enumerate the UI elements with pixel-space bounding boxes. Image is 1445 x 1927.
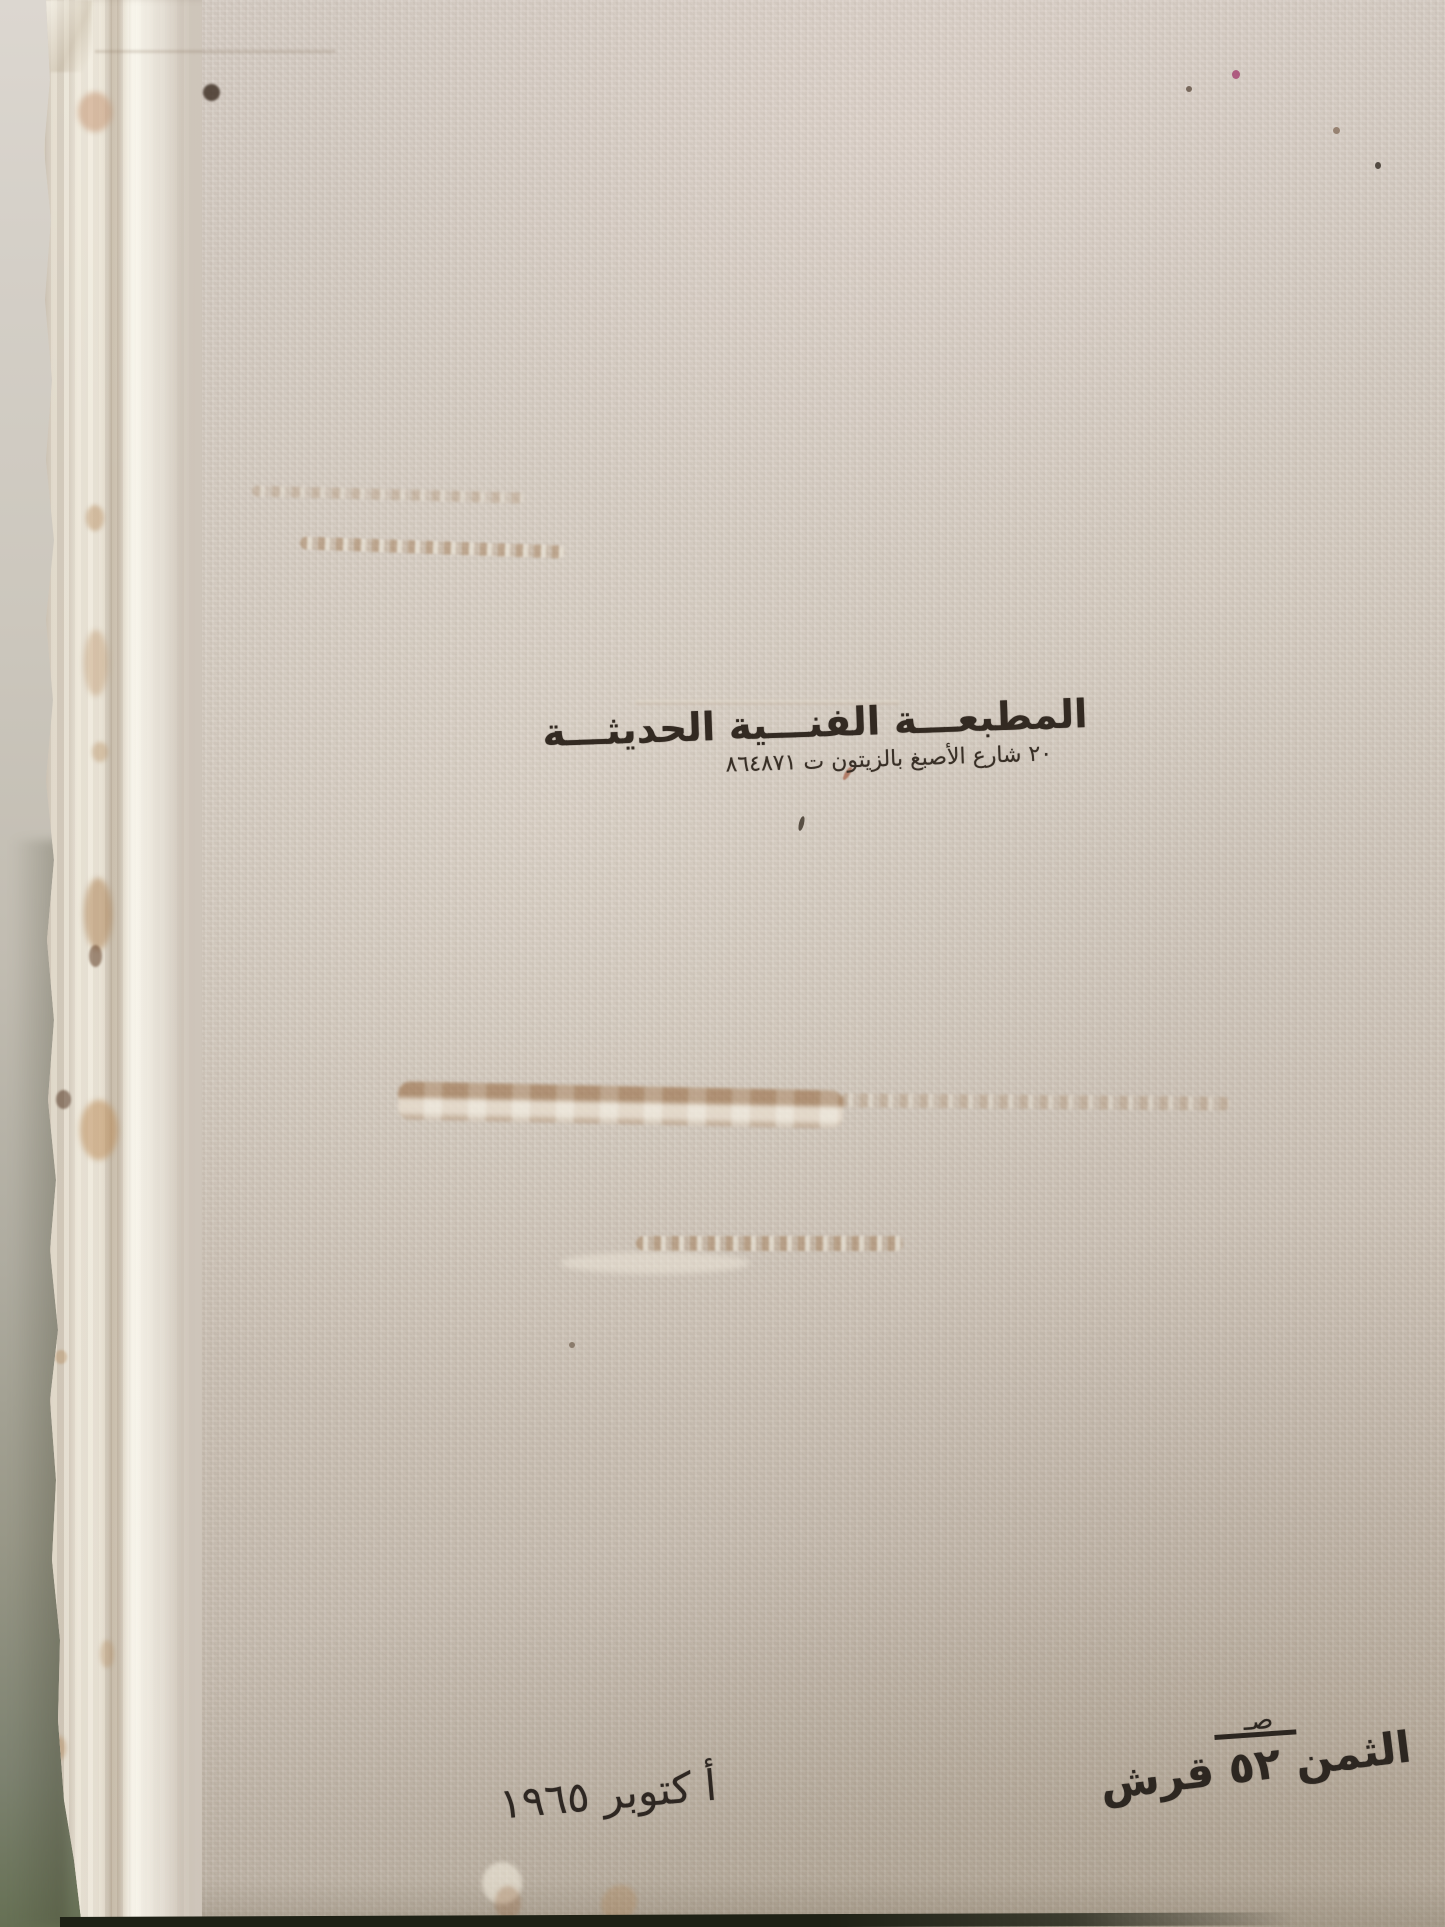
speck: [1375, 162, 1381, 169]
speck: [1186, 86, 1192, 92]
paper-crease-highlight: [560, 1252, 750, 1274]
page-edge-stack: [40, 0, 202, 1927]
printer-stamp: المطبعـــة الفنـــية الحديثـــة ٢٠ شارع …: [687, 693, 1089, 779]
paper-crease: [95, 50, 335, 53]
torn-corner-flap: [44, 0, 92, 72]
speck: [569, 1342, 575, 1348]
price-mark: صـ: [1213, 1709, 1296, 1740]
paper-stain: [55, 1350, 67, 1364]
paper-stain: [78, 92, 112, 132]
print-date: أ كتوبر ١٩٦٥: [476, 1759, 739, 1830]
paper-stain: [86, 505, 104, 531]
price-block: صـ الثمن ٥٢ قرش: [1102, 1694, 1413, 1809]
dark-fleck: [203, 84, 220, 101]
paper-stain: [84, 878, 112, 950]
paper-crease: [636, 1236, 904, 1251]
paper-crease: [300, 536, 565, 558]
paper-stain: [80, 1100, 118, 1160]
paper-stain: [89, 945, 102, 967]
paper-stain: [92, 742, 108, 762]
paper-tear-crease: [398, 1081, 844, 1128]
book-page: المطبعـــة الفنـــية الحديثـــة ٢٠ شارع …: [0, 0, 1445, 1927]
photographed-book-back-page: المطبعـــة الفنـــية الحديثـــة ٢٠ شارع …: [0, 0, 1445, 1927]
ink-tick: [797, 816, 805, 832]
paper-crease: [840, 1093, 1230, 1110]
speck: [1333, 127, 1340, 134]
pink-speck: [1232, 70, 1240, 79]
paper-stain: [100, 1640, 114, 1668]
paper-stain: [84, 630, 108, 696]
dark-fleck: [56, 1090, 71, 1109]
paper-crease: [252, 485, 524, 503]
